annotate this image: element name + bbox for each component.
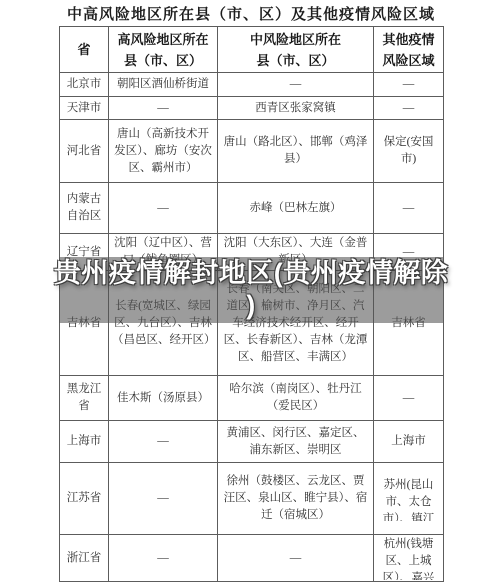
header-province: 省 bbox=[60, 27, 109, 73]
table-title: 中高风险地区所在县（市、区）及其他疫情风险区域 bbox=[59, 3, 443, 24]
cell-high-risk: — bbox=[109, 535, 218, 582]
cell-medium-risk: 徐州（鼓楼区、云龙区、贾汪区、泉山区、睢宁县）、宿迁（宿城区） bbox=[218, 463, 374, 535]
cell-other-risk: — bbox=[374, 183, 444, 234]
cell-medium-risk: 赤峰（巴林左旗） bbox=[218, 183, 374, 234]
cell-high-risk: 唐山（高新技术开发区）、廊坊（安次区、霸州市） bbox=[109, 120, 218, 183]
cell-other-risk: — bbox=[374, 376, 444, 421]
table-row: 河北省 唐山（高新技术开发区）、廊坊（安次区、霸州市） 唐山（路北区）、邯郸（鸡… bbox=[60, 120, 444, 183]
header-other-risk: 其他疫情 风险区域 bbox=[374, 27, 444, 73]
cell-province: 北京市 bbox=[60, 73, 109, 97]
cell-province: 内蒙古自治区 bbox=[60, 183, 109, 234]
overlay-banner: 贵州疫情解封地区(贵州疫情解除 ) bbox=[59, 257, 443, 323]
cell-province: 江苏省 bbox=[60, 463, 109, 535]
cell-province: 黑龙江省 bbox=[60, 376, 109, 421]
table-row: 江苏省 — 徐州（鼓楼区、云龙区、贾汪区、泉山区、睢宁县）、宿迁（宿城区） 苏州… bbox=[60, 463, 444, 535]
header-high-risk: 高风险地区所在 县（市、区） bbox=[109, 27, 218, 73]
cell-other-risk: — bbox=[374, 73, 444, 97]
cell-high-risk: 佳木斯（汤原县） bbox=[109, 376, 218, 421]
cell-province: 上海市 bbox=[60, 421, 109, 463]
table-row: 黑龙江省 佳木斯（汤原县） 哈尔滨（南岗区）、牡丹江（爱民区） — bbox=[60, 376, 444, 421]
cell-high-risk: — bbox=[109, 463, 218, 535]
cell-medium-risk: — bbox=[218, 73, 374, 97]
cell-other-risk: 保定(安国市) bbox=[374, 120, 444, 183]
cell-province: 天津市 bbox=[60, 97, 109, 120]
cell-medium-risk: 唐山（路北区）、邯郸（鸡泽县） bbox=[218, 120, 374, 183]
header-medium-risk: 中风险地区所在 县（市、区） bbox=[218, 27, 374, 73]
cell-medium-risk: 哈尔滨（南岗区）、牡丹江（爱民区） bbox=[218, 376, 374, 421]
table-header-row: 省 高风险地区所在 县（市、区） 中风险地区所在 县（市、区） 其他疫情 风险区… bbox=[60, 27, 444, 73]
table-row: 天津市 — 西青区张家窝镇 — bbox=[60, 97, 444, 120]
cell-high-risk: — bbox=[109, 97, 218, 120]
overlay-banner-text-line2: ) bbox=[246, 289, 256, 321]
cell-province: 浙江省 bbox=[60, 535, 109, 582]
cell-other-risk: — bbox=[374, 97, 444, 120]
table-row: 浙江省 — — 杭州(钱塘区、上城区）、嘉兴（海宁市、 bbox=[60, 535, 444, 582]
cell-medium-risk: 西青区张家窝镇 bbox=[218, 97, 374, 120]
overlay-banner-text-line1: 贵州疫情解封地区(贵州疫情解除 bbox=[54, 257, 449, 289]
cell-other-risk: 杭州(钱塘区、上城区）、嘉兴（海宁市、 bbox=[374, 535, 444, 582]
cell-province: 河北省 bbox=[60, 120, 109, 183]
cell-medium-risk: — bbox=[218, 535, 374, 582]
cell-other-risk: 上海市 bbox=[374, 421, 444, 463]
cell-other-risk: 苏州(昆山市、太仓市）、镇江（宝华镇）、南通(崇川区） bbox=[374, 463, 444, 535]
table-row: 上海市 — 黄浦区、闵行区、嘉定区、浦东新区、崇明区 上海市 bbox=[60, 421, 444, 463]
cell-high-risk: — bbox=[109, 421, 218, 463]
cell-medium-risk: 黄浦区、闵行区、嘉定区、浦东新区、崇明区 bbox=[218, 421, 374, 463]
cell-other-risk-text: 苏州(昆山市、太仓市）、镇江（宝华镇）、南通(崇川区） bbox=[377, 477, 440, 521]
table-row: 北京市 朝阳区酒仙桥街道 — — bbox=[60, 73, 444, 97]
cell-high-risk: — bbox=[109, 183, 218, 234]
article-screenshot-page: 中高风险地区所在县（市、区）及其他疫情风险区域 省 高风险地区所在 县（市、区）… bbox=[0, 0, 500, 588]
table-row: 内蒙古自治区 — 赤峰（巴林左旗） — bbox=[60, 183, 444, 234]
cell-high-risk: 朝阳区酒仙桥街道 bbox=[109, 73, 218, 97]
cell-other-risk-text: 杭州(钱塘区、上城区）、嘉兴（海宁市、 bbox=[377, 536, 440, 580]
